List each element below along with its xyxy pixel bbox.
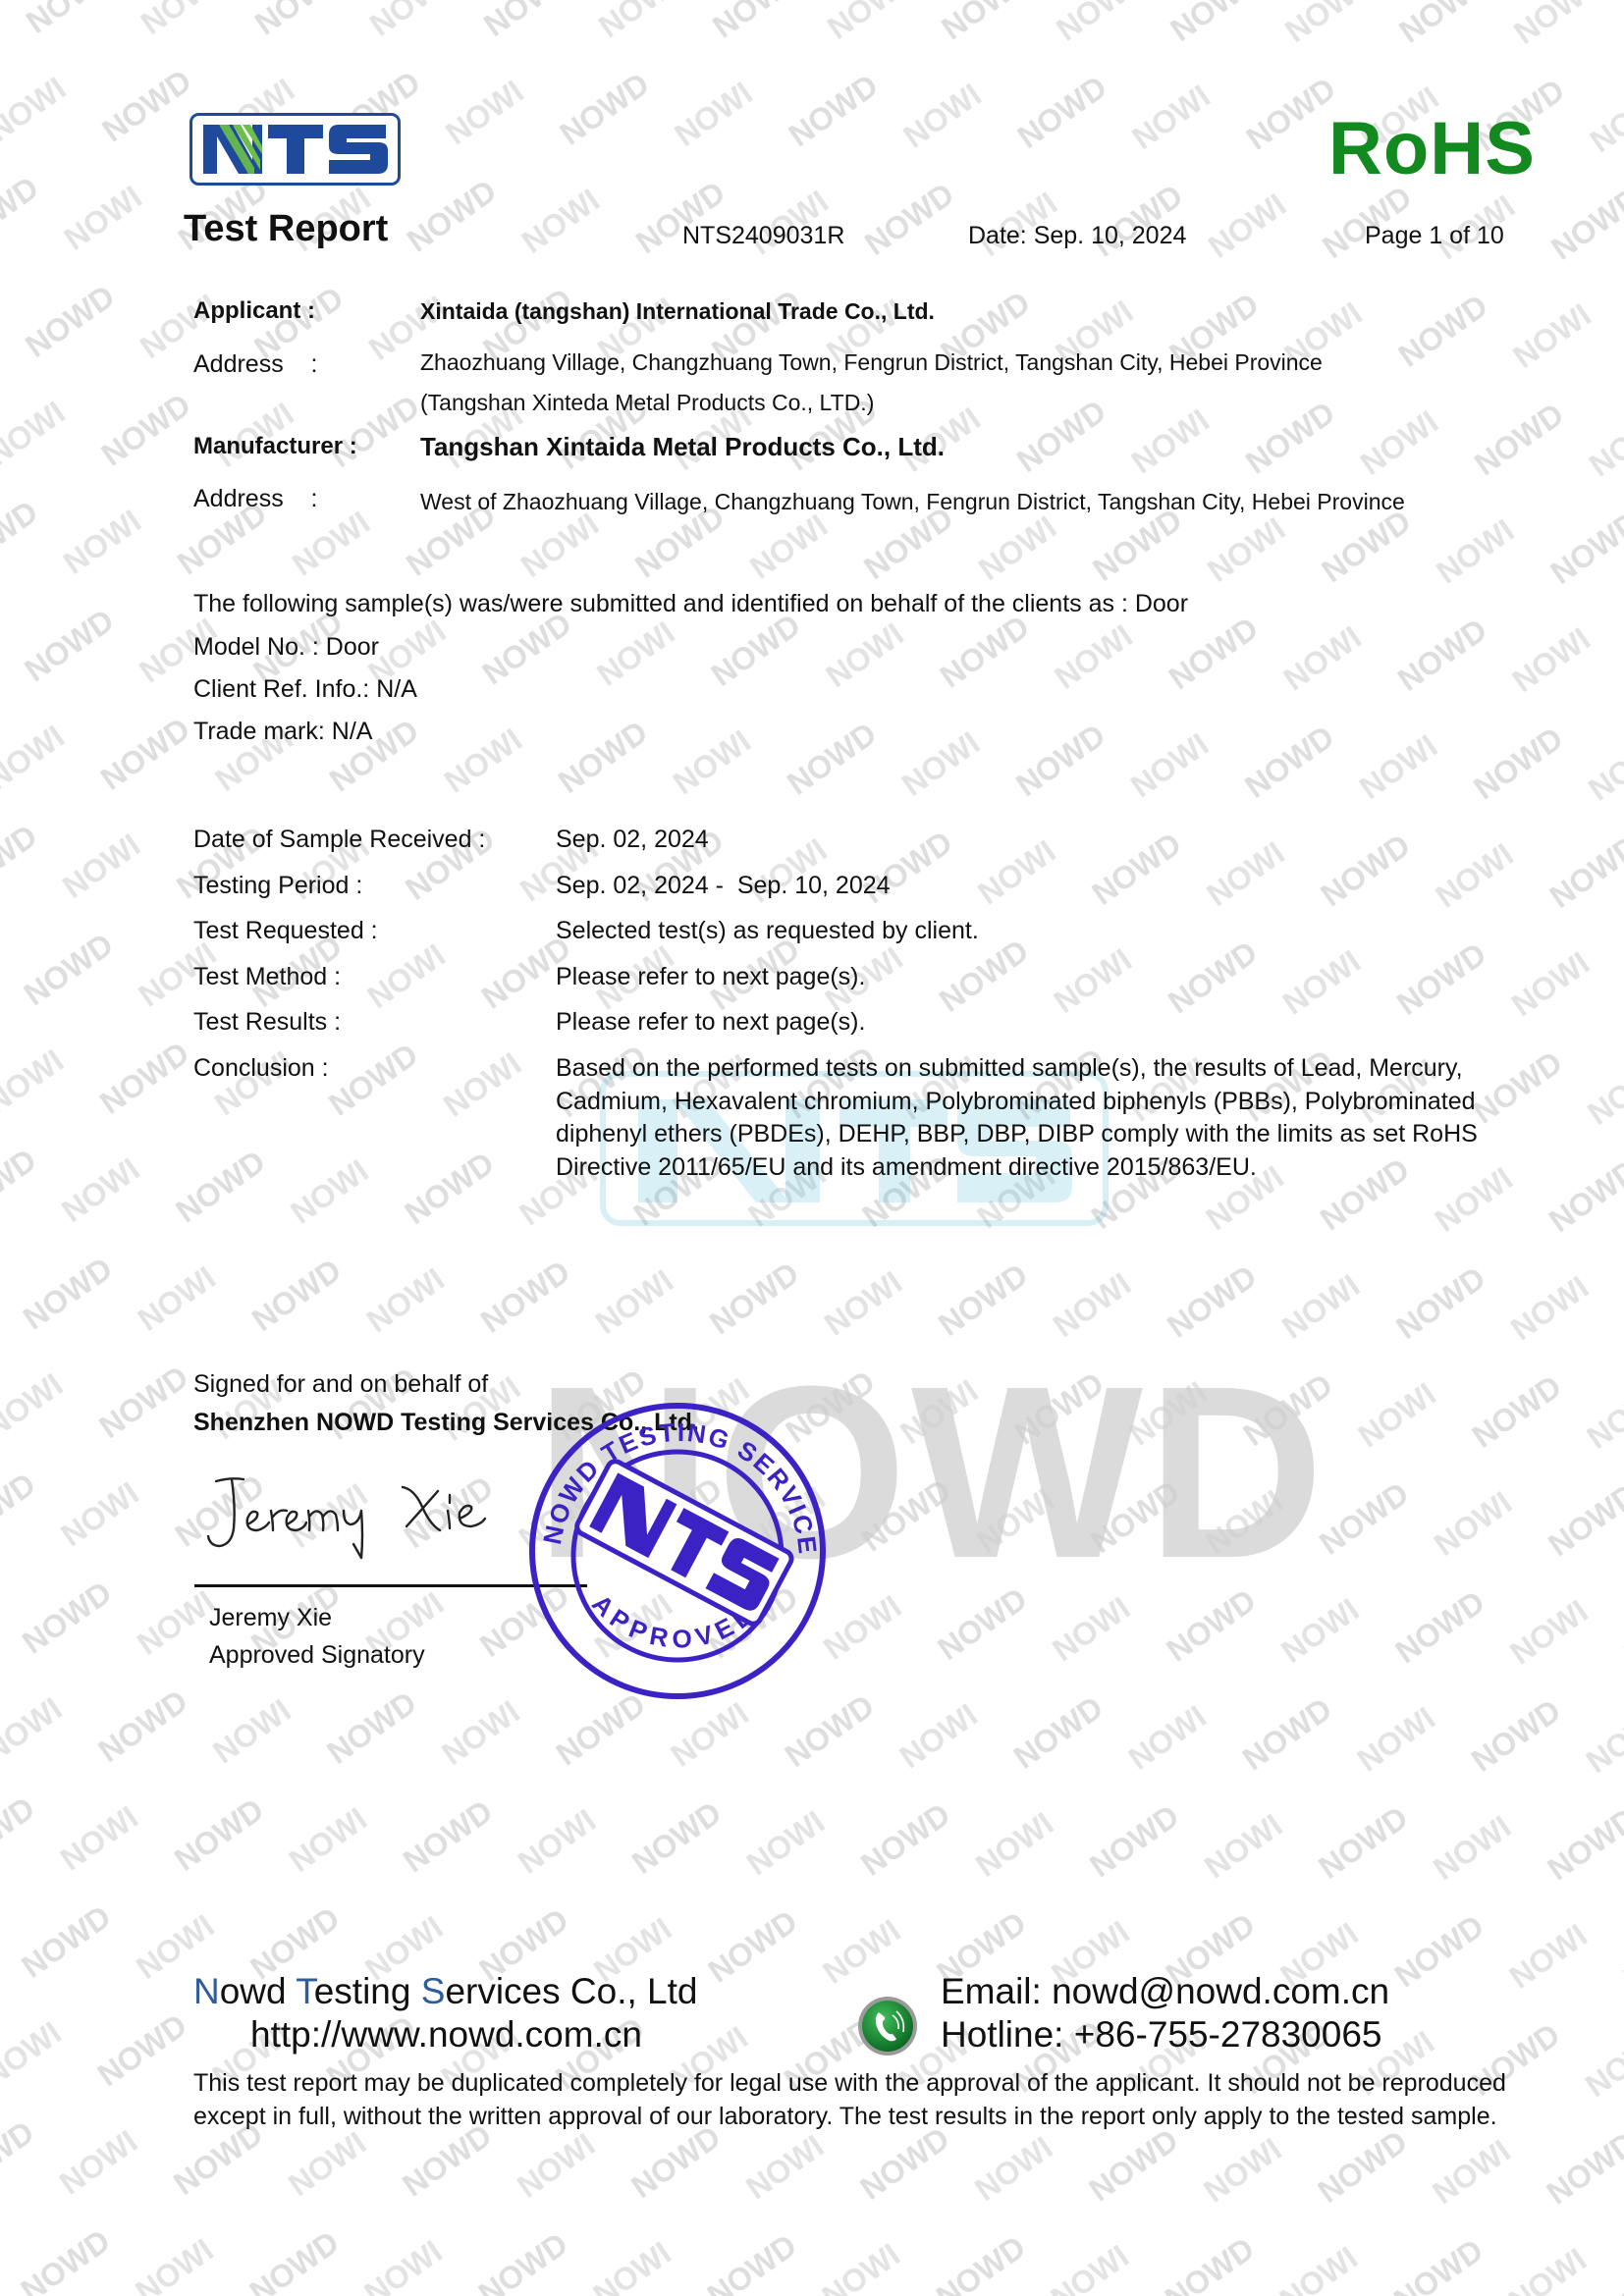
report-date: Date: Sep. 10, 2024 xyxy=(968,222,1186,250)
detail-label-test-results: Test Results : xyxy=(193,1008,341,1037)
detail-value-test-results: Please refer to next page(s). xyxy=(556,1008,865,1037)
model-number: Model No. : Door xyxy=(193,633,379,662)
detail-label-sample-received: Date of Sample Received : xyxy=(193,826,485,854)
signed-for-label: Signed for and on behalf of xyxy=(193,1370,488,1399)
page-title: Test Report xyxy=(184,208,388,250)
nts-logo xyxy=(189,113,401,186)
detail-value-test-method: Please refer to next page(s). xyxy=(556,963,865,991)
footer-email-link[interactable]: Email: nowd@nowd.com.cn xyxy=(941,1971,1389,2012)
applicant-label: Applicant : xyxy=(193,297,315,325)
detail-label-test-requested: Test Requested : xyxy=(193,917,378,945)
detail-value-testing-period: Sep. 02, 2024 - Sep. 10, 2024 xyxy=(556,872,891,900)
detail-label-test-method: Test Method : xyxy=(193,963,341,991)
manufacturer-address-label: Address : xyxy=(193,485,317,513)
manufacturer-label: Manufacturer : xyxy=(193,433,357,460)
report-number: NTS2409031R xyxy=(682,222,844,250)
handwritten-signature xyxy=(196,1468,511,1575)
footer-disclaimer: This test report may be duplicated compl… xyxy=(193,2067,1558,2133)
trade-mark: Trade mark: N/A xyxy=(193,718,372,746)
approved-stamp: NOWD TESTING SERVICES CO.,LTD. APPROVED xyxy=(522,1394,837,1708)
rohs-badge: RoHS xyxy=(1328,106,1536,191)
detail-label-conclusion: Conclusion : xyxy=(193,1054,329,1083)
detail-value-conclusion: Based on the performed tests on submitte… xyxy=(556,1052,1538,1184)
applicant-address-line1: Zhaozhuang Village, Changzhuang Town, Fe… xyxy=(420,349,1323,376)
manufacturer-value: Tangshan Xintaida Metal Products Co., Lt… xyxy=(420,432,945,462)
footer-hotline: Hotline: +86-755-27830065 xyxy=(941,2014,1382,2056)
manufacturer-address: West of Zhaozhuang Village, Changzhuang … xyxy=(420,489,1405,515)
sample-intro: The following sample(s) was/were submitt… xyxy=(193,590,1188,618)
page-number: Page 1 of 10 xyxy=(1365,222,1504,250)
signatory-role: Approved Signatory xyxy=(209,1641,425,1670)
detail-label-testing-period: Testing Period : xyxy=(193,872,362,900)
client-ref: Client Ref. Info.: N/A xyxy=(193,675,417,704)
applicant-address-line2: (Tangshan Xinteda Metal Products Co., LT… xyxy=(420,390,874,416)
detail-value-sample-received: Sep. 02, 2024 xyxy=(556,826,709,854)
applicant-value: Xintaida (tangshan) International Trade … xyxy=(420,298,935,325)
footer-company-name: Nowd Testing Services Co., Ltd xyxy=(193,1971,698,2012)
detail-value-test-requested: Selected test(s) as requested by client. xyxy=(556,917,979,945)
phone-icon xyxy=(857,1996,918,2056)
signatory-name: Jeremy Xie xyxy=(209,1604,332,1632)
footer-website-link[interactable]: http://www.nowd.com.cn xyxy=(250,2014,642,2056)
applicant-address-label: Address : xyxy=(193,350,317,379)
